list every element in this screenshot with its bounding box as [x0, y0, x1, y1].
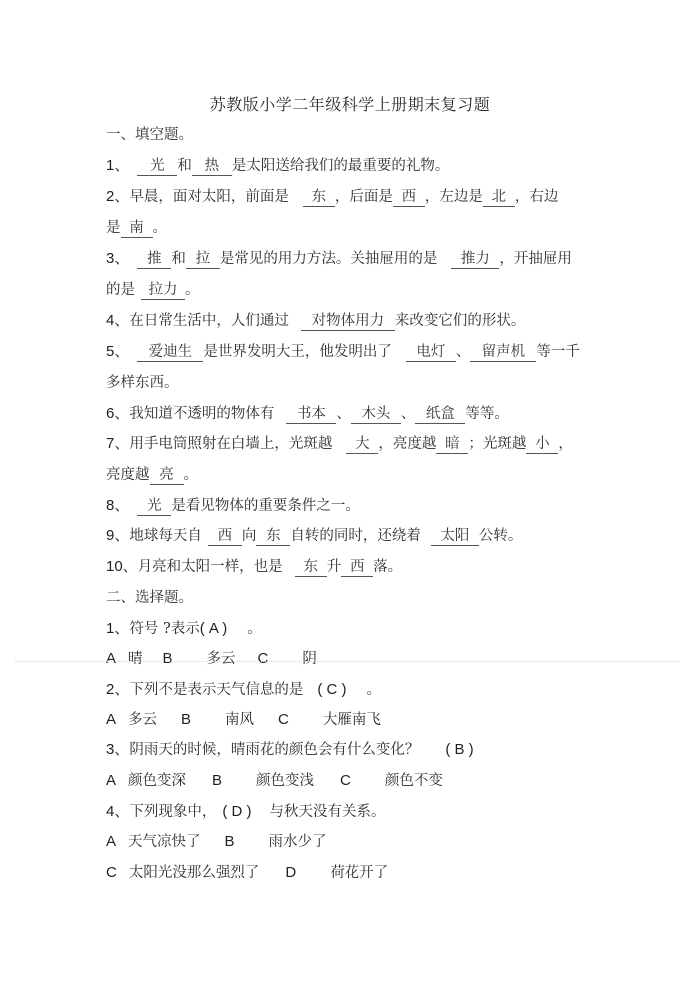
- answer-blank: 光: [137, 498, 171, 516]
- answer-blank: 留声机: [470, 344, 536, 362]
- question-text: 我知道不透明的物体有: [129, 406, 274, 422]
- option-text: 太阳光没那么强烈了: [129, 863, 260, 883]
- choice-question-4: 4、下列现象中，( D )与秋天没有关系。: [106, 802, 386, 822]
- question-text: 早晨，面对太阳，前面是: [129, 189, 289, 205]
- document-page: 苏教版小学二年级科学上册期末复习题 一、填空题。 1、光和热是太阳送给我们的最重…: [0, 0, 700, 991]
- option-letter: B: [181, 710, 191, 730]
- answer-blank: 热: [192, 158, 232, 176]
- question-text: 下列现象中，: [129, 804, 216, 820]
- question-text: 。: [153, 220, 168, 236]
- option-letter: C: [258, 649, 269, 669]
- option-text: 雨水少了: [269, 832, 327, 852]
- answer-blank: 纸盒: [415, 406, 465, 424]
- option-text: 大雁南飞: [323, 710, 381, 730]
- question-text: 、: [336, 406, 351, 422]
- question-text: 用手电筒照射在白墙上，光斑越: [129, 436, 332, 452]
- section2-heading: 二、选择题。: [106, 588, 193, 608]
- option-text: 多云: [128, 710, 157, 730]
- option-letter: C: [106, 863, 117, 883]
- option-letter: B: [225, 832, 235, 852]
- question-text: 在日常生活中，人们通过: [129, 313, 289, 329]
- fill-question-9: 9、地球每天自西向东自转的同时，还绕着太阳公转。: [106, 526, 522, 546]
- answer-blank: 小: [526, 436, 558, 454]
- answer-blank: 书本: [286, 406, 336, 424]
- choice-question-3: 3、阴雨天的时候，晴雨花的颜色会有什么变化？( B ): [106, 740, 474, 760]
- fill-question-5-cont: 多样东西。: [106, 373, 179, 393]
- question-number: 4、: [106, 803, 129, 820]
- choice-options-2: A多云B南风C大雁南飞: [106, 710, 381, 730]
- answer-blank: 爱迪生: [137, 344, 203, 362]
- fill-question-7-cont: 亮度越亮。: [106, 465, 198, 485]
- question-text: 与秋天没有关系。: [270, 804, 386, 820]
- question-number: 10、: [106, 558, 138, 575]
- answer-blank: 南: [121, 220, 153, 238]
- choice-options-4b: C太阳光没那么强烈了D荷花开了: [106, 863, 388, 883]
- question-text: 。: [367, 682, 382, 698]
- choice-options-3: A颜色变深B颜色变浅C颜色不变: [106, 771, 443, 791]
- answer-blank: 大: [346, 436, 378, 454]
- question-number: 8、: [106, 497, 129, 514]
- option-text: 颜色不变: [385, 771, 443, 791]
- question-number: 1、: [106, 157, 129, 174]
- choice-options-4a: A天气凉快了B雨水少了: [106, 832, 327, 852]
- fill-question-2: 2、早晨，面对太阳，前面是东，后面是西，左边是北，右边: [106, 187, 558, 207]
- document-title: 苏教版小学二年级科学上册期末复习题: [0, 92, 700, 115]
- question-text: 来改变它们的形状。: [395, 313, 526, 329]
- fill-question-8: 8、光是看见物体的重要条件之一。: [106, 496, 360, 516]
- question-text: 和: [177, 158, 192, 174]
- question-text: 是看见物体的重要条件之一。: [171, 498, 360, 514]
- question-number: 3、: [106, 741, 129, 758]
- question-number: 3、: [106, 250, 129, 267]
- option-text: 天气凉快了: [128, 832, 201, 852]
- answer-blank: 暗: [436, 436, 468, 454]
- question-number: 2、: [106, 188, 129, 205]
- question-number: 9、: [106, 527, 129, 544]
- answer-choice: ( A ): [200, 620, 228, 637]
- answer-blank: 西: [208, 528, 242, 546]
- answer-blank: 推: [137, 251, 171, 269]
- fill-question-6: 6、我知道不透明的物体有书本、木头、纸盒等等。: [106, 404, 509, 424]
- option-letter: D: [285, 863, 296, 883]
- question-text: 。: [247, 621, 262, 637]
- choice-question-2: 2、下列不是表示天气信息的是( C )。: [106, 680, 381, 700]
- question-text: 阴雨天的时候，晴雨花的颜色会有什么变化？: [129, 742, 419, 758]
- question-text: ，右边: [515, 189, 559, 205]
- question-text: 是: [106, 220, 121, 236]
- answer-blank: 西: [393, 189, 425, 207]
- answer-blank: 亮: [150, 467, 184, 485]
- option-letter: C: [278, 710, 289, 730]
- answer-choice: ( B ): [445, 741, 473, 758]
- answer-choice: ( C ): [317, 681, 346, 698]
- question-text: 向: [242, 528, 257, 544]
- question-number: 5、: [106, 343, 129, 360]
- answer-blank: 拉力: [141, 282, 185, 300]
- choice-question-1: 1、符号 ?表示( A )。: [106, 619, 262, 639]
- answer-choice: ( D ): [222, 803, 251, 820]
- option-letter: C: [340, 771, 351, 791]
- answer-blank: 对物体用力: [301, 313, 395, 331]
- question-text: 是常见的用力方法。关抽屉用的是: [220, 251, 438, 267]
- fill-question-7: 7、用手电筒照射在白墙上，光斑越大，亮度越暗；光斑越小，: [106, 434, 573, 454]
- question-text: 地球每天自: [129, 528, 202, 544]
- option-text: 荷花开了: [330, 863, 388, 883]
- answer-blank: 拉: [186, 251, 220, 269]
- answer-blank: 太阳: [431, 528, 479, 546]
- answer-blank: 光: [137, 158, 177, 176]
- question-number: 2、: [106, 681, 129, 698]
- question-text: 等等。: [465, 406, 509, 422]
- question-text: ，: [558, 436, 573, 452]
- question-text: 、: [401, 406, 416, 422]
- question-text: 自转的同时，还绕着: [290, 528, 421, 544]
- answer-blank: 木头: [351, 406, 401, 424]
- answer-blank: 东: [303, 189, 335, 207]
- answer-blank: 推力: [451, 251, 499, 269]
- option-text: 阴: [302, 649, 317, 669]
- question-number: 4、: [106, 312, 129, 329]
- section1-heading: 一、填空题。: [106, 125, 193, 145]
- question-text: ，开抽屉用: [499, 251, 572, 267]
- fill-question-3: 3、推和拉是常见的用力方法。关抽屉用的是推力，开抽屉用: [106, 249, 572, 269]
- option-letter: B: [163, 649, 173, 669]
- option-text: 多云: [207, 649, 236, 669]
- page-separator-line: [15, 661, 680, 662]
- question-text: 落。: [373, 559, 402, 575]
- fill-question-3-cont: 的是拉力。: [106, 280, 200, 300]
- question-text: 公转。: [479, 528, 523, 544]
- fill-question-4: 4、在日常生活中，人们通过对物体用力来改变它们的形状。: [106, 311, 525, 331]
- question-text: 月亮和太阳一样，也是: [138, 559, 283, 575]
- answer-blank: 北: [483, 189, 515, 207]
- option-letter: A: [106, 832, 116, 852]
- question-number: 7、: [106, 435, 129, 452]
- question-text: 升: [327, 559, 342, 575]
- question-number: 1、: [106, 620, 129, 637]
- question-text: ；光斑越: [468, 436, 526, 452]
- option-letter: A: [106, 649, 116, 669]
- option-text: 晴: [128, 649, 143, 669]
- question-text: 是太阳送给我们的最重要的礼物。: [232, 158, 450, 174]
- option-letter: A: [106, 771, 116, 791]
- question-text: ，后面是: [335, 189, 393, 205]
- answer-blank: 电灯: [406, 344, 456, 362]
- option-text: 颜色变深: [128, 771, 186, 791]
- option-text: 南风: [225, 710, 254, 730]
- question-text: 符号 ?表示: [129, 621, 199, 637]
- fill-question-10: 10、月亮和太阳一样，也是东升西落。: [106, 557, 402, 577]
- question-text: 亮度越: [106, 467, 150, 483]
- option-letter: A: [106, 710, 116, 730]
- question-text: 是世界发明大王，他发明出了: [203, 344, 392, 360]
- question-text: 等一千: [536, 344, 580, 360]
- question-text: 。: [185, 282, 200, 298]
- answer-blank: 东: [256, 528, 290, 546]
- option-text: 颜色变浅: [256, 771, 314, 791]
- question-text: ，亮度越: [378, 436, 436, 452]
- question-number: 6、: [106, 405, 129, 422]
- question-text: 下列不是表示天气信息的是: [129, 682, 303, 698]
- question-text: 。: [184, 467, 199, 483]
- answer-blank: 西: [341, 559, 373, 577]
- choice-options-1: A晴B多云C阴: [106, 649, 317, 669]
- question-text: 、: [456, 344, 471, 360]
- fill-question-2-cont: 是南。: [106, 218, 167, 238]
- answer-blank: 东: [295, 559, 327, 577]
- question-text: 的是: [106, 282, 135, 298]
- question-text: 和: [171, 251, 186, 267]
- fill-question-1: 1、光和热是太阳送给我们的最重要的礼物。: [106, 156, 449, 176]
- fill-question-5: 5、爱迪生是世界发明大王，他发明出了电灯、留声机等一千: [106, 342, 580, 362]
- question-text: ，左边是: [425, 189, 483, 205]
- option-letter: B: [212, 771, 222, 791]
